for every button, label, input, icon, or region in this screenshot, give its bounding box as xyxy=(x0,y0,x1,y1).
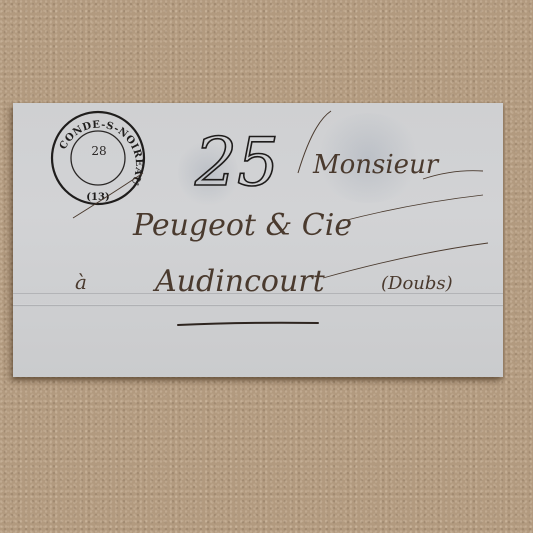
address-underline xyxy=(178,323,318,325)
script-flourish xyxy=(343,195,483,221)
address-city: Audincourt xyxy=(152,264,326,299)
postmark-day: 28 xyxy=(91,144,106,158)
address-department: (Doubs) xyxy=(381,273,453,294)
tax-mark: 25 xyxy=(194,124,279,201)
photo-scene: CONDE-S-NOIREAU 28 (13) 25 Monsieur Peug… xyxy=(0,0,533,533)
ink-markings: CONDE-S-NOIREAU 28 (13) 25 Monsieur Peug… xyxy=(13,103,503,377)
address-addressee: Peugeot & Cie xyxy=(132,208,352,243)
postmark-datestamp: CONDE-S-NOIREAU 28 (13) xyxy=(52,112,144,204)
address-preposition: à xyxy=(75,270,87,294)
postmark-inner-ring xyxy=(71,131,125,185)
folded-letter: CONDE-S-NOIREAU 28 (13) 25 Monsieur Peug… xyxy=(13,103,503,377)
address-salutation: Monsieur xyxy=(312,150,440,180)
